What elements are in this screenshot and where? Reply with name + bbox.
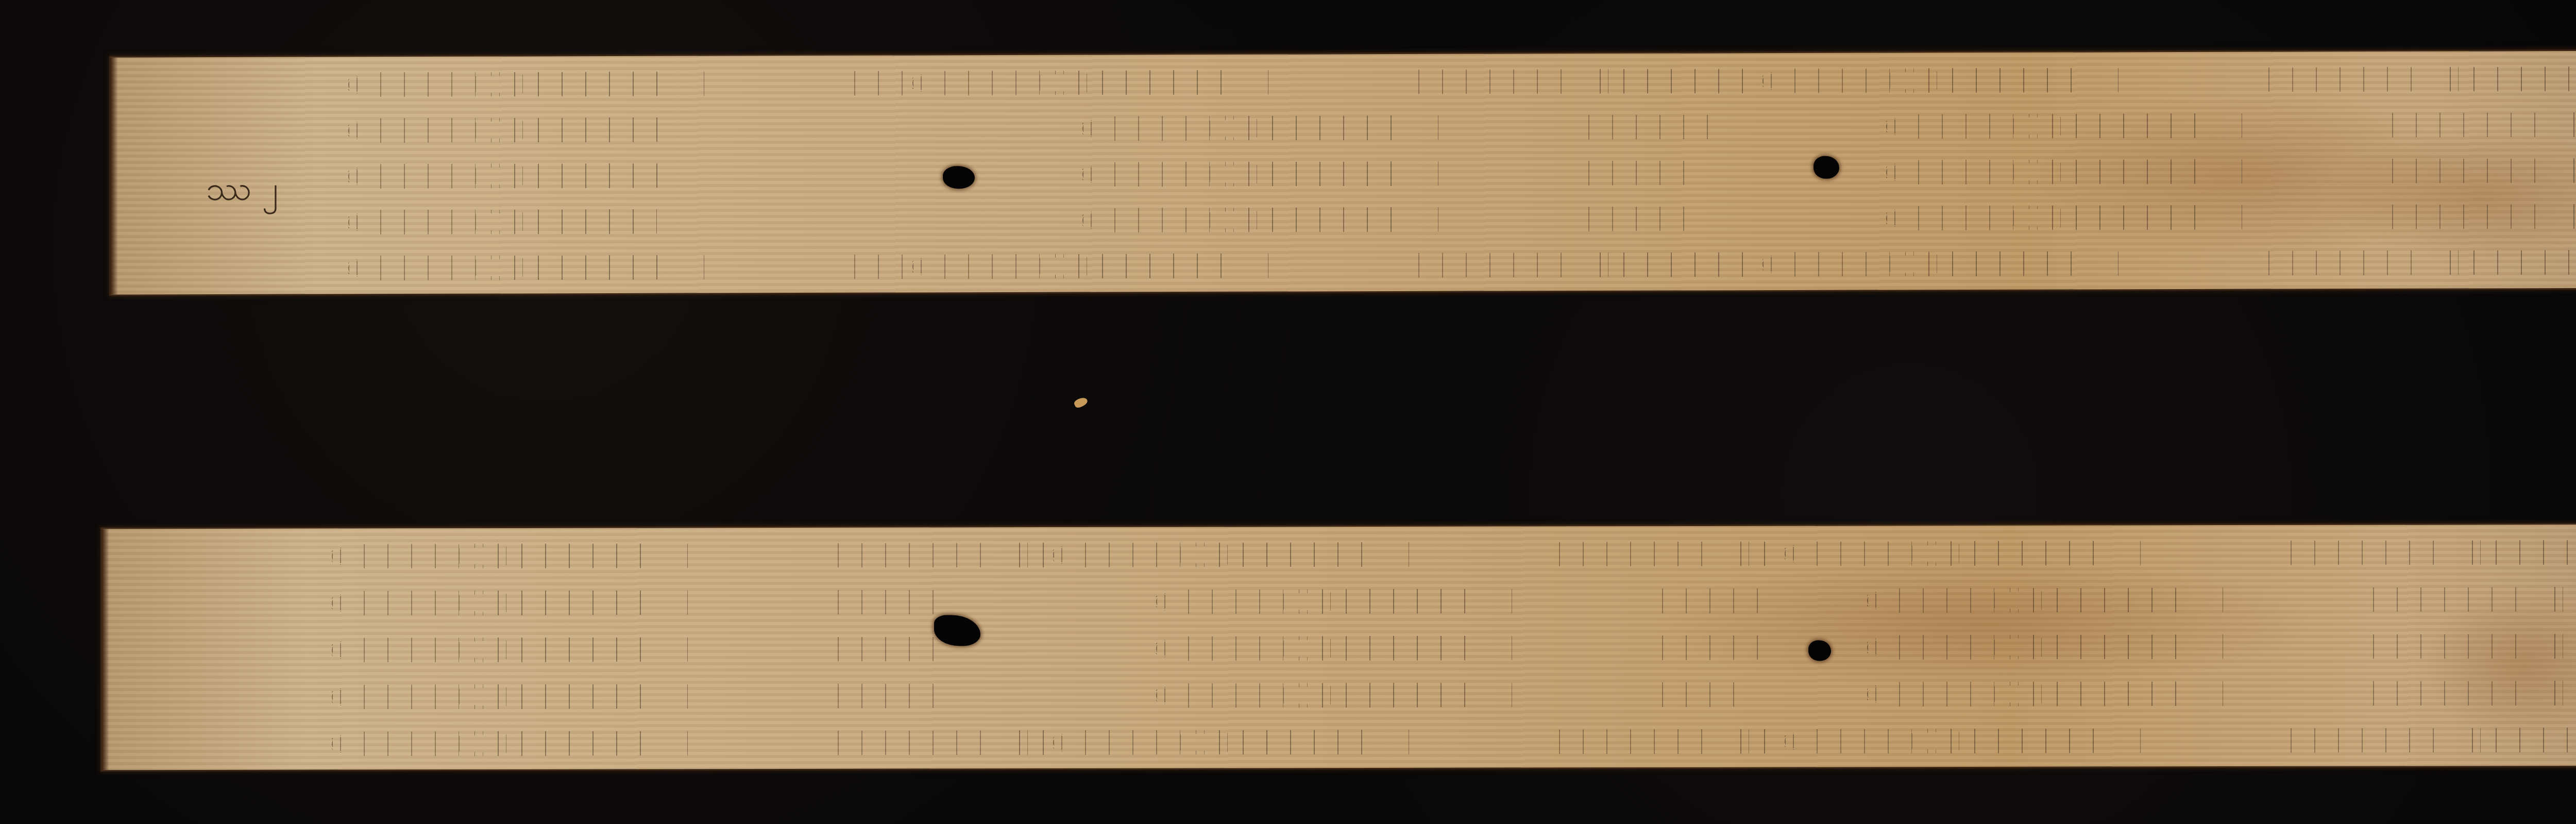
text-line [1050,729,1782,755]
text-line [1782,587,2576,613]
leaf-edge-left [102,529,109,770]
text-line [1759,204,2576,231]
text-line [1759,158,2576,185]
text-line [1050,682,1782,708]
text-line [345,71,912,97]
text-line [909,252,1759,279]
text-line [1759,112,2576,139]
palm-leaf-top: ဿ ၂ Burmese script line 1 Burmese script… [111,51,2576,295]
text-line [329,636,1050,662]
text-line [329,683,1050,709]
text-line [1050,635,1782,661]
text-line [1782,681,2576,707]
text-column-left [345,71,912,280]
leaf-edge-left [111,57,118,294]
text-line [1782,540,2576,566]
text-line [1782,728,2576,754]
text-line [345,208,912,234]
text-line [1759,66,2576,93]
palm-leaf-bottom: Burmese script line 1 Burmese script lin… [102,525,2576,770]
text-column-right [1782,540,2576,754]
text-line [329,590,1050,615]
text-line [1759,250,2576,277]
text-line [345,254,912,280]
text-line [909,114,1759,141]
text-line [909,69,1759,95]
folio-marker: ဿ ၂ [206,168,278,216]
text-column-middle [1050,542,1782,755]
text-column-right [1759,66,2576,277]
text-line [329,543,1050,568]
text-line [909,206,1759,233]
text-line [329,730,1050,756]
text-line [1050,542,1782,567]
text-line [345,116,912,143]
text-line [1050,588,1782,614]
text-line [909,160,1759,187]
text-line [1782,634,2576,660]
text-line [345,162,912,189]
text-column-left [329,543,1050,756]
text-column-middle [909,69,1759,279]
